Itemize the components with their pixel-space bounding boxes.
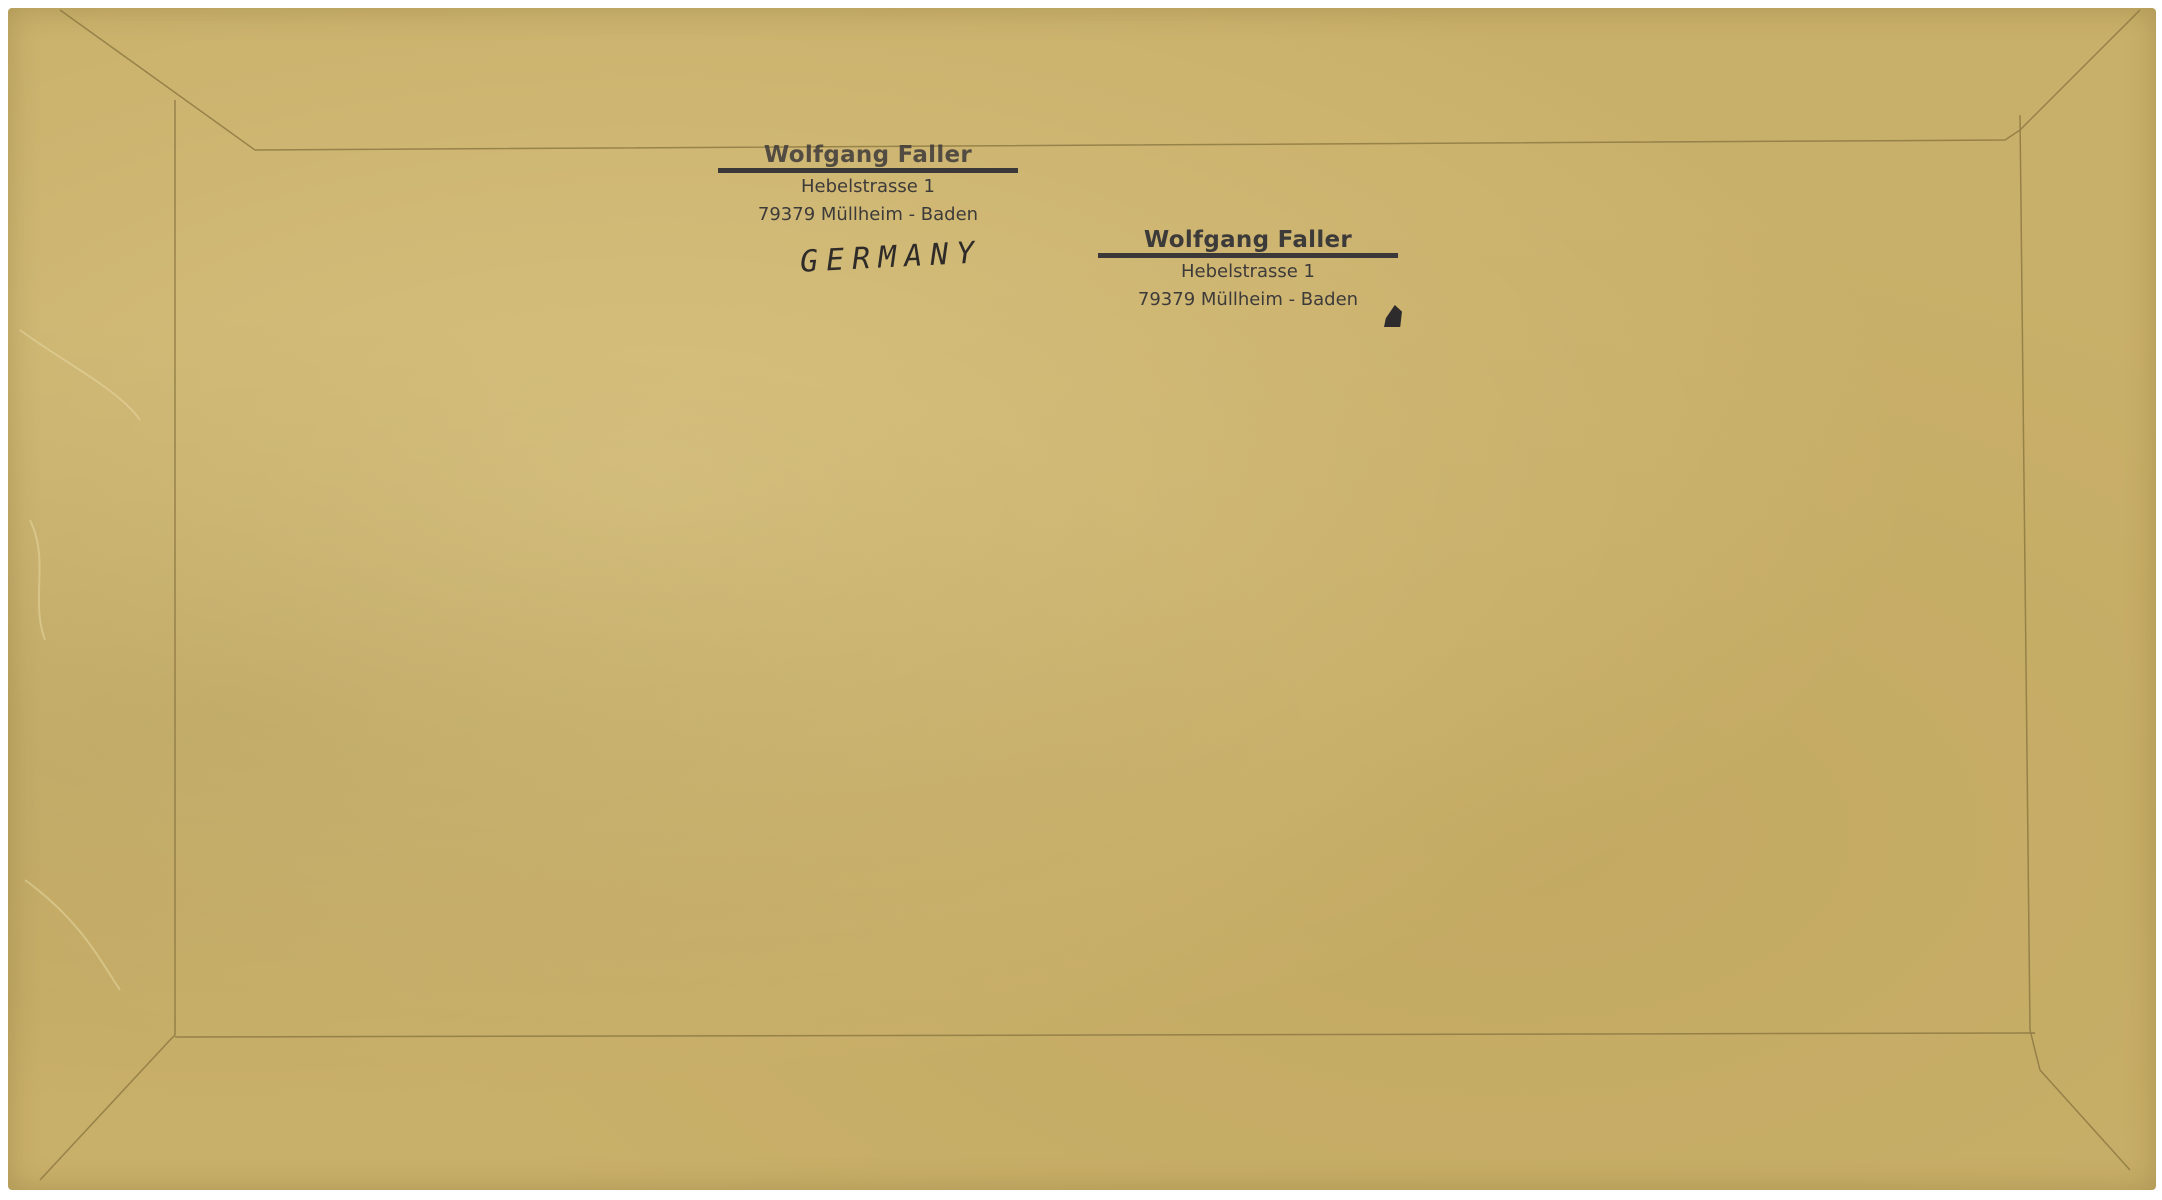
sender-street: Hebelstrasse 1 [718, 173, 1018, 201]
sender-name: Wolfgang Faller [1098, 227, 1398, 253]
return-address-stamp: Wolfgang Faller Hebelstrasse 1 79379 Mül… [1098, 227, 1398, 314]
return-address-stamp: Wolfgang Faller Hebelstrasse 1 79379 Mül… [718, 142, 1018, 229]
sender-city: 79379 Müllheim - Baden [1098, 286, 1398, 314]
sender-street: Hebelstrasse 1 [1098, 258, 1398, 286]
sender-city: 79379 Müllheim - Baden [718, 201, 1018, 229]
sender-name: Wolfgang Faller [718, 142, 1018, 168]
envelope-flap-lines [0, 0, 2162, 1200]
